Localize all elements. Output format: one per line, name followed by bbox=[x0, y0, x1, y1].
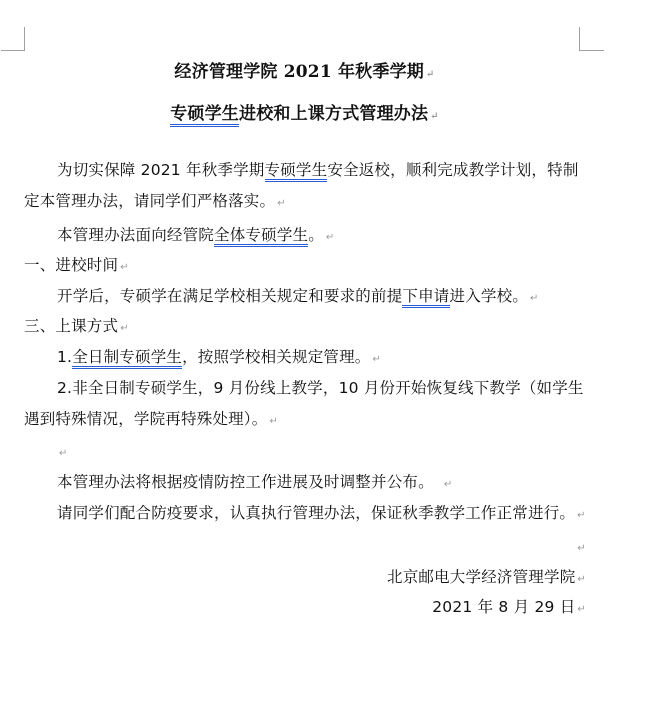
document-title-line2: 专硕学生进校和上课方式管理办法↵ bbox=[0, 104, 609, 127]
paragraph-intro-line2: 定本管理办法，请同学们严格落实。↵ bbox=[24, 191, 586, 214]
section-heading-class-mode: 三、上课方式↵ bbox=[24, 316, 586, 339]
paragraph-scope: 本管理办法面向经管院全体专硕学生。↵ bbox=[24, 225, 586, 248]
paragraph-mark-icon: ↵ bbox=[430, 111, 439, 122]
paragraph-mark-icon: ↵ bbox=[326, 232, 335, 243]
paragraph-mark-icon: ↵ bbox=[277, 198, 286, 209]
spellcheck-underlined-text[interactable]: 全体专硕学生 bbox=[214, 226, 308, 247]
paragraph-mark-icon: ↵ bbox=[530, 293, 539, 304]
section-heading-entry-time: 一、进校时间↵ bbox=[24, 255, 586, 278]
paragraph-mark-icon: ↵ bbox=[120, 262, 129, 273]
spellcheck-underlined-text[interactable]: 下申请 bbox=[402, 287, 449, 308]
paragraph-entry-time: 开学后，专硕学在满足学校相关规定和要求的前提下申请进入学校。↵ bbox=[24, 286, 586, 309]
empty-paragraph: ↵ bbox=[24, 441, 586, 464]
document-title-line1: 经济管理学院 2021 年秋季学期↵ bbox=[0, 62, 609, 85]
paragraph-intro-line1: 为切实保障 2021 年秋季学期专硕学生安全返校，顺利完成教学计划，特制 bbox=[24, 160, 586, 180]
paragraph-mark-icon: ↵ bbox=[120, 323, 129, 334]
paragraph-mark-icon: ↵ bbox=[373, 354, 382, 365]
paragraph-mark-icon: ↵ bbox=[577, 604, 586, 615]
paragraph-closing-request: 请同学们配合防疫要求，认真执行管理办法，保证秋季教学工作正常进行。↵ bbox=[24, 503, 586, 526]
paragraph-mark-icon: ↵ bbox=[444, 479, 453, 490]
paragraph-mark-icon: ↵ bbox=[269, 416, 278, 427]
page-corner-mark-top-left bbox=[1, 27, 25, 51]
paragraph-mark-icon: ↵ bbox=[426, 69, 435, 80]
spellcheck-underlined-text[interactable]: 专硕学生 bbox=[265, 161, 328, 182]
paragraph-mark-icon: ↵ bbox=[577, 574, 586, 585]
spellcheck-underlined-text[interactable]: 全日制专硕学生 bbox=[72, 348, 182, 369]
list-item-fulltime: 1.全日制专硕学生，按照学校相关规定管理。↵ bbox=[24, 347, 586, 370]
spellcheck-underlined-text[interactable]: 专硕学生 bbox=[170, 104, 239, 127]
paragraph-mark-icon: ↵ bbox=[577, 543, 586, 554]
page-corner-mark-top-right bbox=[579, 27, 604, 51]
signature-date: 2021 年 8 月 29 日↵ bbox=[24, 597, 586, 620]
paragraph-closing-update: 本管理办法将根据疫情防控工作进展及时调整并公布。↵ bbox=[24, 472, 586, 495]
paragraph-mark-icon: ↵ bbox=[59, 448, 68, 459]
list-item-parttime-line2: 遇到特殊情况，学院再特殊处理）。↵ bbox=[24, 409, 586, 432]
signature-organization: 北京邮电大学经济管理学院↵ bbox=[24, 567, 586, 590]
list-item-parttime-line1: 2.非全日制专硕学生，9 月份线上教学，10 月份开始恢复线下教学（如学生 bbox=[24, 378, 586, 398]
paragraph-mark-icon: ↵ bbox=[577, 510, 586, 521]
empty-paragraph-right: ↵ bbox=[24, 536, 586, 559]
